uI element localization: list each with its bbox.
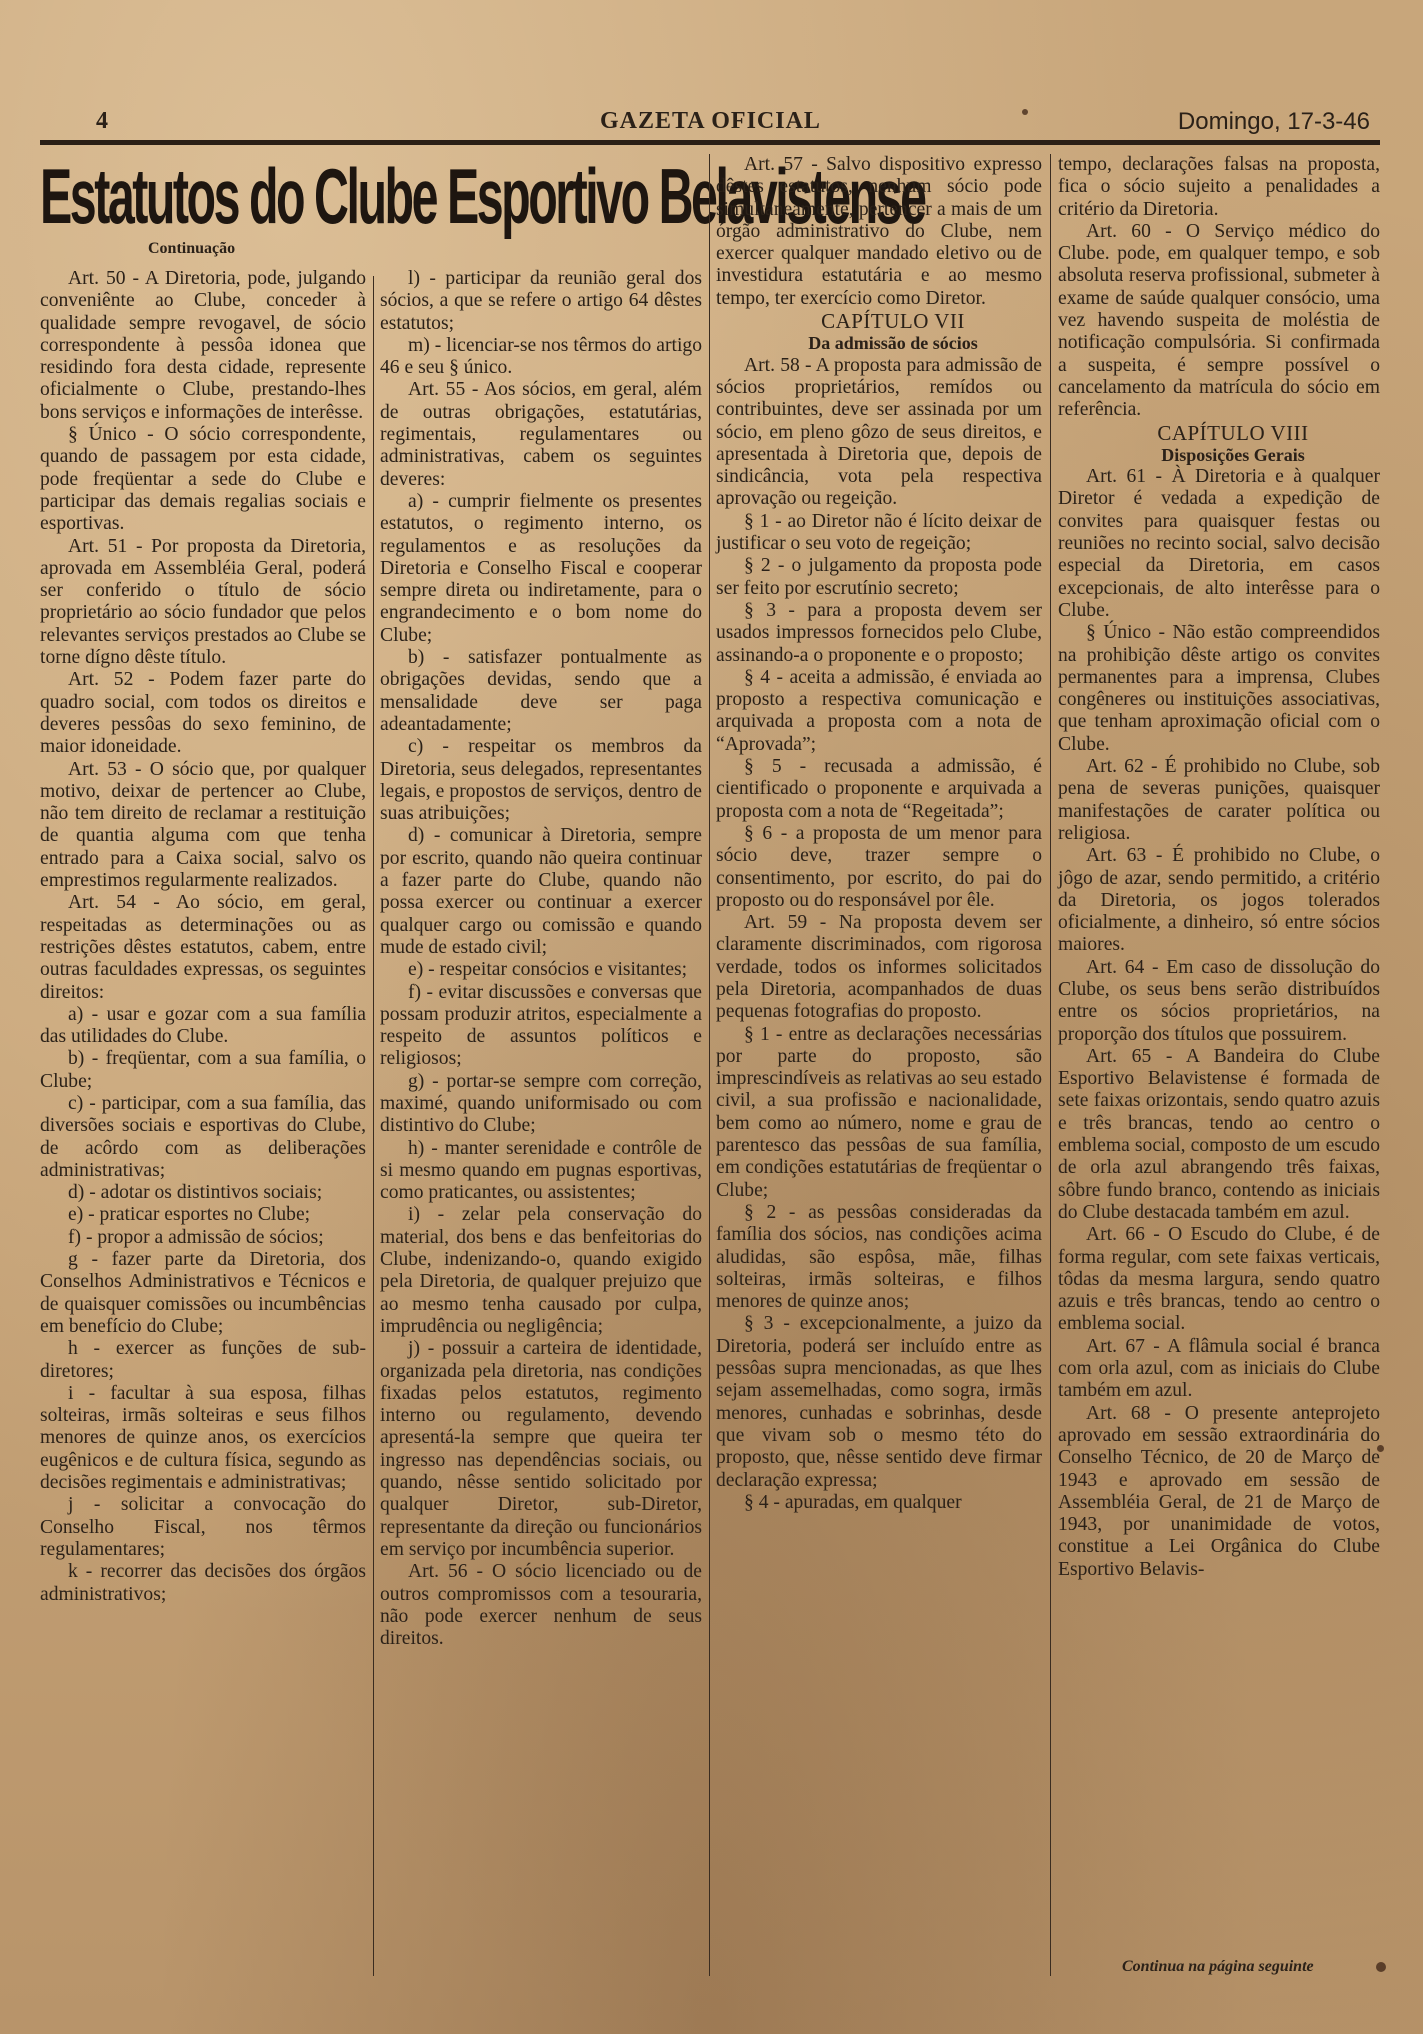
paragraph: Art. 63 - É prohibido no Clube, o jôgo d… [1058,845,1380,956]
issue-date: Domingo, 17-3-46 [1178,108,1370,136]
paragraph: f) - propor a admissão de sócios; [40,1227,366,1249]
paragraph: § 4 - aceita a admissão, é enviada ao pr… [716,667,1042,756]
paragraph: § 5 - recusada a admissão, é cientificad… [716,756,1042,823]
paragraph: h) - manter serenidade e contrôle de si … [380,1138,702,1205]
paragraph: d) - adotar os distintivos sociais; [40,1182,366,1204]
paragraph: Art. 66 - O Escudo do Clube, é de forma … [1058,1224,1380,1335]
paragraph: m) - licenciar-se nos têrmos do artigo 4… [380,335,702,380]
paragraph: a) - usar e gozar com a sua família das … [40,1004,366,1049]
paragraph: Art. 52 - Podem fazer parte do quadro so… [40,669,366,758]
paragraph: Art. 54 - Ao sócio, em geral, respeitada… [40,892,366,1003]
paragraph: § 6 - a proposta de um menor para sócio … [716,823,1042,912]
newspaper-name: GAZETA OFICIAL [600,108,821,135]
ink-spot [1022,109,1028,115]
paragraph: § 2 - as pessôas consideradas da família… [716,1202,1042,1313]
paragraph: § Único - O sócio correspondente, quando… [40,424,366,535]
chapter-heading: CAPÍTULO VIII [1058,422,1380,444]
paragraph: c) - participar, com a sua família, das … [40,1093,366,1182]
text-column-3: Art. 57 - Salvo dispositivo expresso dês… [716,154,1042,1514]
paragraph: Art. 50 - A Diretoria, pode, julgando co… [40,268,366,424]
masthead: 4 GAZETA OFICIAL Domingo, 17-3-46 [40,100,1380,140]
paragraph: f) - evitar discussões e conversas que p… [380,982,702,1071]
paragraph: h - exercer as funções de sub-diretores; [40,1338,366,1383]
article-subtitle: Continuação [148,240,235,258]
paragraph: j) - possuir a carteira de identidade, o… [380,1338,702,1561]
paragraph: d) - comunicar à Diretoria, sempre por e… [380,825,702,959]
text-column-2: l) - participar da reunião geral dos sóc… [380,268,702,1650]
paragraph: § 1 - entre as declarações necessárias p… [716,1024,1042,1202]
paragraph: l) - participar da reunião geral dos sóc… [380,268,702,335]
paragraph: § 3 - excepcionalmente, a juizo da Diret… [716,1313,1042,1491]
paragraph: § Único - Não estão compreendidos na pro… [1058,622,1380,756]
text-column-4: tempo, declarações falsas na proposta, f… [1058,154,1380,1581]
paragraph: i - facultar à sua esposa, filhas soltei… [40,1383,366,1494]
paragraph: Art. 68 - O presente anteprojeto aprovad… [1058,1403,1380,1581]
column-divider [1050,154,1051,1976]
paragraph: a) - cumprir fielmente os presentes esta… [380,491,702,647]
section-heading: Disposições Gerais [1058,444,1380,466]
paragraph: b) - freqüentar, com a sua família, o Cl… [40,1048,366,1093]
paragraph: Art. 61 - À Diretoria e à qualquer Diret… [1058,466,1380,622]
paragraph: Art. 56 - O sócio licenciado ou de outro… [380,1561,702,1650]
article-title: Estatutos do Clube Esportivo Belavistens… [40,152,465,242]
paragraph: Art. 59 - Na proposta devem ser claramen… [716,912,1042,1023]
paragraph: § 2 - o julgamento da proposta pode ser … [716,555,1042,600]
ink-spot [1377,1445,1384,1452]
paragraph: b) - satisfazer pontualmente as obrigaçõ… [380,647,702,736]
paragraph: tempo, declarações falsas na proposta, f… [1058,154,1380,221]
paragraph: k - recorrer das decisões dos órgãos adm… [40,1561,366,1606]
paragraph: § 3 - para a proposta devem ser usados i… [716,600,1042,667]
paragraph: g - fazer parte da Diretoria, dos Consel… [40,1249,366,1338]
column-divider [373,276,374,1976]
paragraph: Art. 51 - Por proposta da Diretoria, apr… [40,536,366,670]
paragraph: e) - praticar esportes no Clube; [40,1204,366,1226]
paragraph: c) - respeitar os membros da Diretoria, … [380,736,702,825]
paragraph: Art. 57 - Salvo dispositivo expresso dês… [716,154,1042,310]
paragraph: Art. 55 - Aos sócios, em geral, além de … [380,379,702,490]
paragraph: Art. 64 - Em caso de dissolução do Clube… [1058,957,1380,1046]
continuation-note: Continua na página seguinte [1122,1958,1314,1976]
page-number: 4 [96,108,108,135]
paragraph: Art. 62 - É prohibido no Clube, sob pena… [1058,756,1380,845]
section-heading: Da admissão de sócios [716,332,1042,354]
paragraph: e) - respeitar consócios e visitantes; [380,959,702,981]
paragraph: Art. 67 - A flâmula social é branca com … [1058,1336,1380,1403]
paragraph: j - solicitar a convocação do Conselho F… [40,1494,366,1561]
paragraph: Art. 60 - O Serviço médico do Clube. pod… [1058,221,1380,422]
ink-spot [1376,1962,1386,1972]
paragraph: Art. 58 - A proposta para admissão de só… [716,355,1042,511]
paragraph: g) - portar-se sempre com correção, maxi… [380,1071,702,1138]
paragraph: i) - zelar pela conservação do material,… [380,1204,702,1338]
text-column-1: Art. 50 - A Diretoria, pode, julgando co… [40,268,366,1606]
paragraph: Art. 65 - A Bandeira do Clube Esportivo … [1058,1046,1380,1224]
column-divider [709,154,710,1976]
paragraph: § 4 - apuradas, em qualquer [716,1492,1042,1514]
chapter-heading: CAPÍTULO VII [716,310,1042,332]
paragraph: Art. 53 - O sócio que, por qualquer moti… [40,759,366,893]
masthead-rule [40,140,1380,145]
paragraph: § 1 - ao Diretor não é lícito deixar de … [716,511,1042,556]
